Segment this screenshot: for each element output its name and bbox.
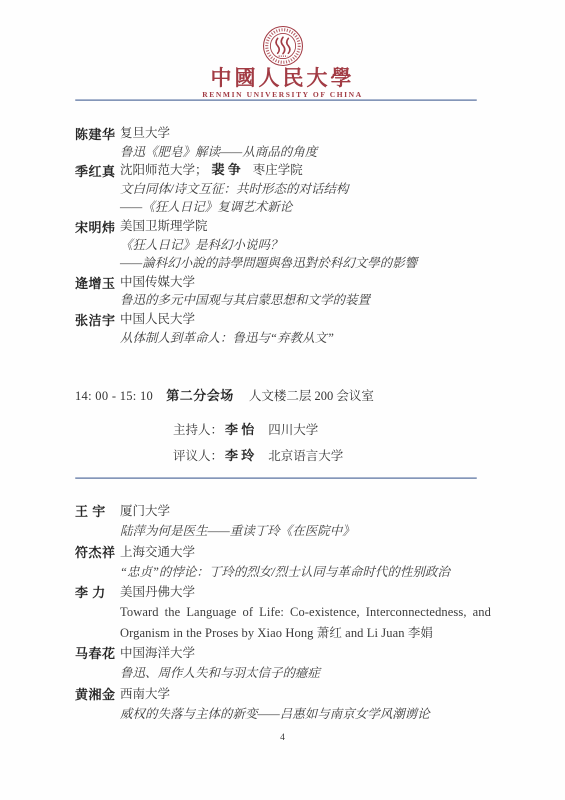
speaker-affiliation: 中国人民大学 [120, 312, 195, 326]
session-speakers: 王 宇 厦门大学 陆萍为何是医生——重读丁玲《在医院中》 符杰祥 上海交通大学 … [75, 501, 491, 724]
speaker-name: 李 力 [75, 582, 120, 601]
speaker-affiliation-row: 美国丹佛大学 [120, 582, 491, 602]
paper-title-line: 威权的失落与主体的新变——吕惠如与南京女学风潮谫论 [120, 704, 491, 724]
speaker-entry: 马春花 中国海洋大学 鲁迅、周作人失和与羽太信子的癔症 [75, 643, 491, 684]
speaker-affiliation-row: 复旦大学 [120, 124, 491, 143]
university-logo: 中國人民大學 RENMIN UNIVERSITY OF CHINA [0, 25, 565, 99]
speaker-name: 王 宇 [75, 501, 120, 520]
speaker-name: 逄增玉 [75, 273, 120, 292]
speaker-name: 季红真 [75, 161, 120, 180]
speaker-affiliation-row: 沈阳师范大学；裴 争枣庄学院 [120, 161, 491, 180]
discussant-label: 评议人： [173, 449, 223, 463]
paper-title-line: ——《狂人日记》复调艺术新论 [120, 198, 491, 217]
speaker-affiliation: 上海交通大学 [120, 545, 195, 559]
speaker-entry: 李 力 美国丹佛大学 Toward the Language of Life: … [75, 582, 491, 643]
host-label: 主持人： [173, 423, 223, 437]
logo-title: 中國人民大學 [0, 67, 565, 89]
paper-title-line: 从体制人到革命人：鲁迅与“弃教从文” [120, 329, 491, 348]
discussant-name: 李 玲 [225, 448, 254, 463]
paper-title-line: 《狂人日记》是科幻小说吗？ [120, 236, 491, 255]
speaker-name: 符杰祥 [75, 542, 120, 561]
host-affiliation: 四川大学 [268, 423, 318, 437]
speaker-affiliation: 美国卫斯理学院 [120, 219, 208, 233]
co-speaker-affiliation: 枣庄学院 [253, 163, 303, 177]
logo-subtitle: RENMIN UNIVERSITY OF CHINA [0, 90, 565, 99]
paper-title-line: Toward the Language of Life: Co-existenc… [120, 602, 491, 622]
header-rule [75, 99, 477, 101]
speaker-entry: 宋明炜 美国卫斯理学院 《狂人日记》是科幻小说吗？ ——論科幻小說的詩學問題與魯… [75, 217, 491, 273]
previous-session-speakers: 陈建华 复旦大学 鲁迅《肥皂》解读——从商品的角度 季红真 沈阳师范大学；裴 争… [75, 124, 491, 347]
speaker-name: 宋明炜 [75, 217, 120, 236]
session-head-row: 14: 00 - 15: 10 第二分会场 人文楼二层 200 会议室 [75, 388, 491, 404]
speaker-affiliation: 复旦大学 [120, 126, 170, 140]
speaker-name: 马春花 [75, 643, 120, 662]
speaker-entry: 陈建华 复旦大学 鲁迅《肥皂》解读——从商品的角度 [75, 124, 491, 161]
session-title: 第二分会场 [166, 388, 234, 403]
session-time: 14: 00 - 15: 10 [75, 389, 153, 403]
speaker-affiliation: 西南大学 [120, 687, 170, 701]
speaker-entry: 季红真 沈阳师范大学；裴 争枣庄学院 文白同体/诗文互征：共时形态的对话结构 —… [75, 161, 491, 217]
section-divider [75, 477, 477, 479]
speaker-entry: 逄增玉 中国传媒大学 鲁迅的多元中国观与其启蒙思想和文学的装置 [75, 273, 491, 310]
speaker-name: 黄湘金 [75, 684, 120, 703]
paper-title-line: 鲁迅、周作人失和与羽太信子的癔症 [120, 663, 491, 683]
session-location: 人文楼二层 200 会议室 [249, 389, 374, 403]
page-number: 4 [0, 733, 565, 743]
discussant-row: 评议人：李 玲北京语言大学 [173, 443, 491, 469]
host-name: 李 怡 [225, 422, 254, 437]
speaker-entry: 符杰祥 上海交通大学 “忠贞”的悖论：丁玲的烈女/烈士认同与革命时代的性别政治 [75, 542, 491, 583]
speaker-affiliation-row: 中国人民大学 [120, 310, 491, 329]
speaker-affiliation-row: 厦门大学 [120, 501, 491, 521]
paper-title-line: “忠贞”的悖论：丁玲的烈女/烈士认同与革命时代的性别政治 [120, 562, 491, 582]
session-roles: 主持人：李 怡四川大学 评议人：李 玲北京语言大学 [173, 417, 491, 469]
host-row: 主持人：李 怡四川大学 [173, 417, 491, 443]
paper-title-line: 鲁迅的多元中国观与其启蒙思想和文学的装置 [120, 291, 491, 310]
paper-title-line: Organism in the Proses by Xiao Hong 萧红 a… [120, 623, 491, 643]
paper-title-line: 陆萍为何是医生——重读丁玲《在医院中》 [120, 521, 491, 541]
speaker-affiliation-row: 中国传媒大学 [120, 273, 491, 292]
speaker-entry: 王 宇 厦门大学 陆萍为何是医生——重读丁玲《在医院中》 [75, 501, 491, 542]
paper-title-line: 文白同体/诗文互征：共时形态的对话结构 [120, 180, 491, 199]
speaker-affiliation: 沈阳师范大学； [120, 163, 208, 177]
speaker-affiliation-row: 美国卫斯理学院 [120, 217, 491, 236]
speaker-affiliation: 美国丹佛大学 [120, 585, 195, 599]
co-speaker-name: 裴 争 [212, 162, 241, 177]
speaker-entry: 张洁宇 中国人民大学 从体制人到革命人：鲁迅与“弃教从文” [75, 310, 491, 347]
speaker-affiliation: 中国海洋大学 [120, 646, 195, 660]
speaker-affiliation: 厦门大学 [120, 504, 170, 518]
speaker-affiliation-row: 中国海洋大学 [120, 643, 491, 663]
speaker-name: 张洁宇 [75, 310, 120, 329]
speaker-affiliation: 中国传媒大学 [120, 275, 195, 289]
speaker-affiliation-row: 西南大学 [120, 684, 491, 704]
speaker-affiliation-row: 上海交通大学 [120, 542, 491, 562]
discussant-affiliation: 北京语言大学 [268, 449, 343, 463]
program-page: 中國人民大學 RENMIN UNIVERSITY OF CHINA 陈建华 复旦… [0, 0, 565, 800]
speaker-name: 陈建华 [75, 124, 120, 143]
paper-title-line: ——論科幻小說的詩學問題與魯迅對於科幻文學的影響 [120, 254, 491, 273]
speaker-entry: 黄湘金 西南大学 威权的失落与主体的新变——吕惠如与南京女学风潮谫论 [75, 684, 491, 725]
paper-title-line: 鲁迅《肥皂》解读——从商品的角度 [120, 143, 491, 162]
ruc-seal-icon [262, 25, 304, 67]
session-header: 14: 00 - 15: 10 第二分会场 人文楼二层 200 会议室 主持人：… [75, 388, 491, 469]
